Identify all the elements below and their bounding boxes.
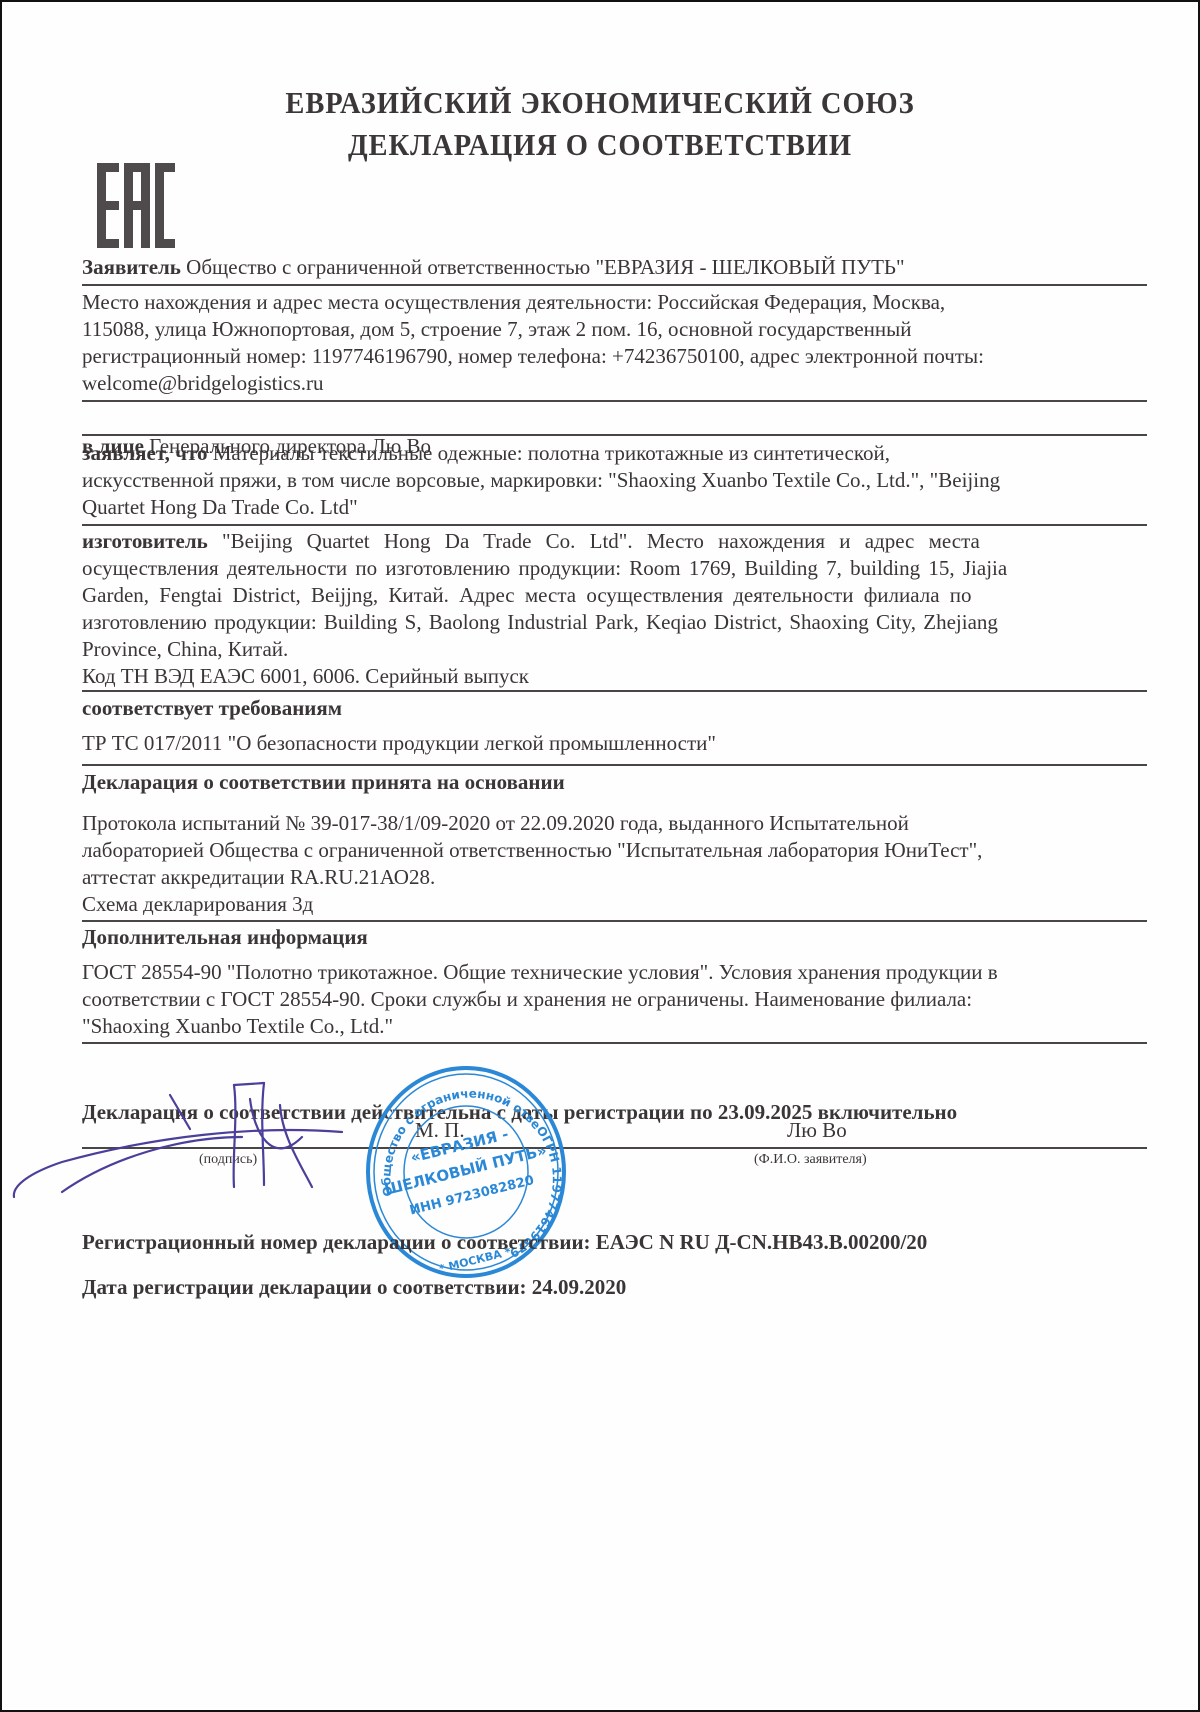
requirements-block: соответствует требованиям ТР ТС 017/2011… <box>82 695 1147 757</box>
divider <box>82 524 1147 526</box>
requirements-value: ТР ТС 017/2011 "О безопасности продукции… <box>82 730 1147 757</box>
manufacturer-line: Province, China, Китай. <box>82 636 1147 663</box>
additional-line: ГОСТ 28554-90 "Полотно трикотажное. Общи… <box>82 959 1147 986</box>
divider <box>82 434 1147 436</box>
address-block: Место нахождения и адрес места осуществл… <box>82 289 1147 397</box>
address-email: welcome@bridgelogistics.ru <box>82 370 1147 397</box>
declaration-title: ДЕКЛАРАЦИЯ О СООТВЕТСТВИИ <box>50 124 1150 166</box>
eac-logo-icon <box>95 163 175 248</box>
declares-label: заявляет, что <box>82 441 207 465</box>
union-title: ЕВРАЗИЙСКИЙ ЭКОНОМИЧЕСКИЙ СОЮЗ <box>50 82 1150 124</box>
additional-label: Дополнительная информация <box>82 924 1147 951</box>
declares-line: искусственной пряжи, в том числе ворсовы… <box>82 467 1147 494</box>
manufacturer-label: изготовитель <box>82 529 208 553</box>
additional-line: соответствии с ГОСТ 28554-90. Сроки служ… <box>82 986 1147 1013</box>
manufacturer-block: изготовитель "Beijing Quartet Hong Da Tr… <box>82 528 1147 690</box>
handwritten-signature-icon <box>2 1077 362 1207</box>
address-line: Место нахождения и адрес места осуществл… <box>82 289 1147 316</box>
basis-line: Протокола испытаний № 39-017-38/1/09-202… <box>82 810 1147 837</box>
address-line: 115088, улица Южнопортовая, дом 5, строе… <box>82 316 1147 343</box>
manufacturer-line: осуществления деятельности по изготовлен… <box>82 555 1147 582</box>
additional-line: "Shaoxing Xuanbo Textile Co., Ltd." <box>82 1013 1147 1040</box>
basis-line: лабораторией Общества с ограниченной отв… <box>82 837 1147 864</box>
manufacturer-line: "Beijing Quartet Hong Da Trade Co. Ltd".… <box>208 529 980 553</box>
manufacturer-line: Garden, Fengtai District, Beijjng, Китай… <box>82 582 1147 609</box>
additional-block: Дополнительная информация ГОСТ 28554-90 … <box>82 924 1147 1040</box>
basis-block: Декларация о соответствии принята на осн… <box>82 769 1147 918</box>
scheme-line: Схема декларирования 3д <box>82 891 1147 918</box>
applicant-value: Общество с ограниченной ответственностью… <box>181 255 905 279</box>
divider <box>82 400 1147 402</box>
divider <box>82 764 1147 766</box>
registration-date: Дата регистрации декларации о соответств… <box>82 1275 626 1300</box>
divider <box>82 690 1147 692</box>
declares-line: Материалы текстильные одежные: полотна т… <box>207 441 890 465</box>
registration-number: Регистрационный номер декларации о соотв… <box>82 1230 927 1255</box>
applicant-label: Заявитель <box>82 255 181 279</box>
address-line: регистрационный номер: 1197746196790, но… <box>82 343 1147 370</box>
divider <box>82 1042 1147 1044</box>
declaration-page: ЕВРАЗИЙСКИЙ ЭКОНОМИЧЕСКИЙ СОЮЗ ДЕКЛАРАЦИ… <box>0 0 1200 1712</box>
declares-block: заявляет, что Материалы текстильные одеж… <box>82 440 1147 521</box>
manufacturer-line: изготовлению продукции: Building S, Baol… <box>82 609 1147 636</box>
divider <box>82 284 1147 286</box>
requirements-label: соответствует требованиям <box>82 695 1147 722</box>
divider <box>82 920 1147 922</box>
hs-code-line: Код ТН ВЭД ЕАЭС 6001, 6006. Серийный вып… <box>82 663 1147 690</box>
declares-line: Quartet Hong Da Trade Co. Ltd" <box>82 494 1147 521</box>
basis-line: аттестат аккредитации RA.RU.21АО28. <box>82 864 1147 891</box>
applicant-row: Заявитель Общество с ограниченной ответс… <box>82 254 1147 281</box>
basis-label: Декларация о соответствии принята на осн… <box>82 769 1147 796</box>
name-caption: (Ф.И.О. заявителя) <box>754 1152 867 1168</box>
document-header: ЕВРАЗИЙСКИЙ ЭКОНОМИЧЕСКИЙ СОЮЗ ДЕКЛАРАЦИ… <box>2 82 1198 166</box>
applicant-name: Лю Во <box>787 1118 847 1143</box>
